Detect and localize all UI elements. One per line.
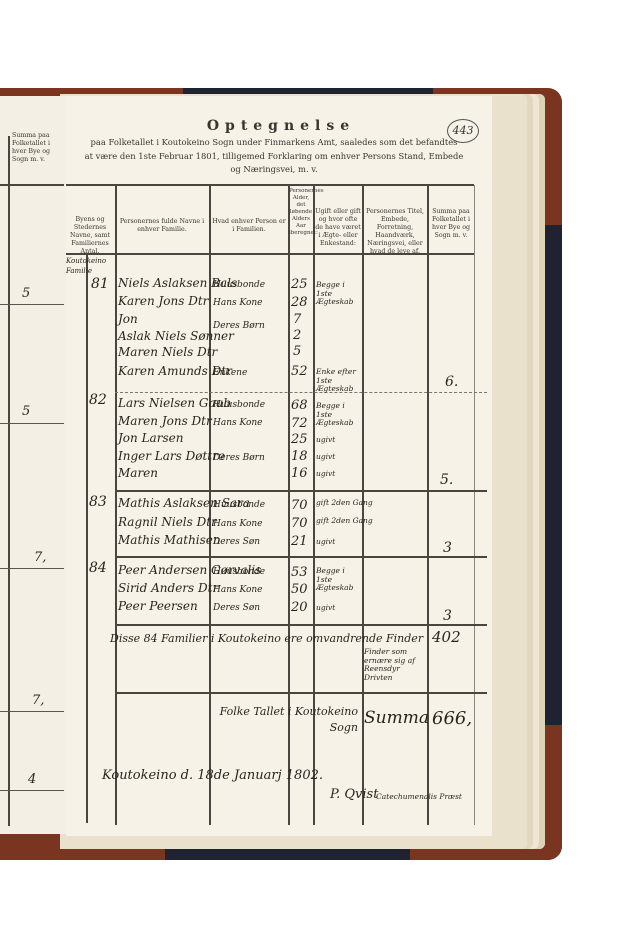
left-summa: 5 <box>22 286 30 301</box>
column-header-role: Hvad enhver Person er i Familien. <box>211 218 287 234</box>
left-summa: 4 <box>28 772 36 787</box>
page-subtitle: paa Folketallet i Koutokeino Sogn under … <box>68 136 480 177</box>
family-number: 82 <box>89 392 107 408</box>
family-summa: 6. <box>445 374 458 390</box>
column-rule <box>86 253 88 823</box>
total-row-summa: 402 <box>432 628 461 646</box>
column-header-names: Personernes fulde Navne i enhver Familie… <box>117 218 207 234</box>
column-header-age: Personernes Alder, det løbende Alders Aa… <box>289 188 313 237</box>
page-title: Optegnelse <box>66 118 496 134</box>
person-age: 53 <box>291 565 308 580</box>
person-role: Huusbonde <box>213 500 265 510</box>
person-role: Hans Kone <box>213 585 263 595</box>
person-age: 18 <box>291 449 308 464</box>
left-page: Summa paa Folketallet i hver Bye og Sogn… <box>0 96 68 834</box>
left-header-fragment: Summa paa Folketallet i hver Bye og Sogn… <box>12 132 62 164</box>
person-name: Ragnil Niels Dtr <box>118 515 217 529</box>
person-age: 50 <box>291 582 308 597</box>
person-name: Karen Jons Dtr <box>118 294 208 308</box>
person-status: ugivt <box>316 453 335 462</box>
total-row-occupation: Finder som ernære sig af Reensdyr Drivte… <box>364 648 426 682</box>
left-row-rule <box>0 423 64 424</box>
person-role: Deres Søn <box>213 537 260 547</box>
person-status: Begge i 1ste Ægteskab <box>316 281 362 307</box>
person-age: 28 <box>291 295 308 310</box>
person-status: Begge i 1ste Ægteskab <box>316 402 362 428</box>
left-column-rule <box>8 136 10 826</box>
person-role: Huusbonde <box>213 567 265 577</box>
column-header-marital: Ugift eller gift og hvor ofte de have væ… <box>314 208 362 248</box>
family-summa: 3 <box>443 608 452 624</box>
column-header-place: Byens og Stedernes Navne, samt Familiern… <box>66 216 114 256</box>
family-summa: 5. <box>440 472 453 488</box>
person-role: Enkene <box>213 368 247 378</box>
column-header-summa: Summa paa Folketallet i hver Bye og Sogn… <box>428 208 474 240</box>
left-header-rule <box>0 184 64 186</box>
person-age: 16 <box>291 466 308 481</box>
person-role: Huusbonde <box>213 400 265 410</box>
person-name: Maren Jons Dtr <box>118 414 212 428</box>
family-separator <box>115 624 487 626</box>
person-role: Hans Kone <box>213 418 263 428</box>
person-status: gift 2den Gang <box>316 499 373 508</box>
person-role: Hans Kone <box>213 298 263 308</box>
person-name: Peer Peersen <box>118 599 198 613</box>
header-top-rule <box>66 184 474 186</box>
column-rule <box>115 185 117 825</box>
person-status: ugivt <box>316 470 335 479</box>
person-status: ugivt <box>316 604 335 613</box>
family-separator <box>115 392 487 393</box>
person-name: Maren <box>118 466 158 480</box>
person-name: Jon <box>118 312 138 326</box>
place-date: Koutokeino d. 18de Januarj 1802. <box>102 768 323 783</box>
person-role: Huusbonde <box>213 280 265 290</box>
person-role: Hans Kone <box>213 519 263 529</box>
family-separator <box>115 490 487 492</box>
person-age: 5 <box>293 344 301 359</box>
person-role: Deres Børn <box>213 453 265 463</box>
left-row-rule <box>0 790 64 791</box>
person-age: 72 <box>291 416 308 431</box>
left-summa: 7, <box>34 550 46 565</box>
total-separator <box>115 692 487 694</box>
person-name: Jon Larsen <box>118 431 183 445</box>
family-number: 81 <box>91 276 109 292</box>
person-age: 2 <box>293 328 301 343</box>
family-number: 84 <box>89 560 107 576</box>
person-age: 25 <box>291 432 308 447</box>
person-name: Inger Lars Døttre <box>118 449 225 463</box>
grand-total-summa-label: Summa <box>364 708 429 728</box>
person-role: Deres Søn <box>213 603 260 613</box>
person-age: 70 <box>291 516 308 531</box>
left-row-rule <box>0 568 64 569</box>
person-status: Enke efter 1ste Ægteskab <box>316 368 362 394</box>
column-header-occupation: Personernes Titel, Embede, Forretning, H… <box>363 208 427 256</box>
person-status: ugivt <box>316 538 335 547</box>
total-row-text: Disse 84 Familier i Koutokeino ere omvan… <box>110 632 423 645</box>
left-row-rule <box>0 711 64 712</box>
grand-total-label: Folke Tallet i Koutokeino Sogn <box>218 704 358 736</box>
left-summa: 5 <box>22 404 30 419</box>
person-age: 21 <box>291 534 308 549</box>
family-summa: 3 <box>443 540 452 556</box>
grand-total-value: 666, <box>432 708 472 729</box>
column-rule <box>427 185 429 825</box>
person-age: 52 <box>291 364 308 379</box>
person-age: 68 <box>291 398 308 413</box>
family-number: 83 <box>89 494 107 510</box>
place-label: Koutokeino Familie <box>66 256 88 276</box>
person-name: Aslak Niels Sønner <box>118 329 234 343</box>
person-age: 20 <box>291 600 308 615</box>
person-age: 25 <box>291 277 308 292</box>
column-rule <box>474 185 475 825</box>
person-status: ugivt <box>316 436 335 445</box>
person-name: Maren Niels Dtr <box>118 345 217 359</box>
person-name: Sirid Anders Dtr <box>118 581 218 595</box>
person-status: Begge i 1ste Ægteskab <box>316 567 362 593</box>
person-status: gift 2den Gang <box>316 517 373 526</box>
book-cover-cloth-right <box>543 225 562 725</box>
person-name: Mathis Mathisen <box>118 533 221 547</box>
left-summa: 7, <box>32 693 44 708</box>
family-separator <box>115 556 487 558</box>
person-age: 7 <box>293 312 301 327</box>
signature-title: Catechumenalis Præst <box>376 792 462 801</box>
left-row-rule <box>0 304 64 305</box>
signature: P. Qvist <box>330 787 378 802</box>
person-age: 70 <box>291 498 308 513</box>
